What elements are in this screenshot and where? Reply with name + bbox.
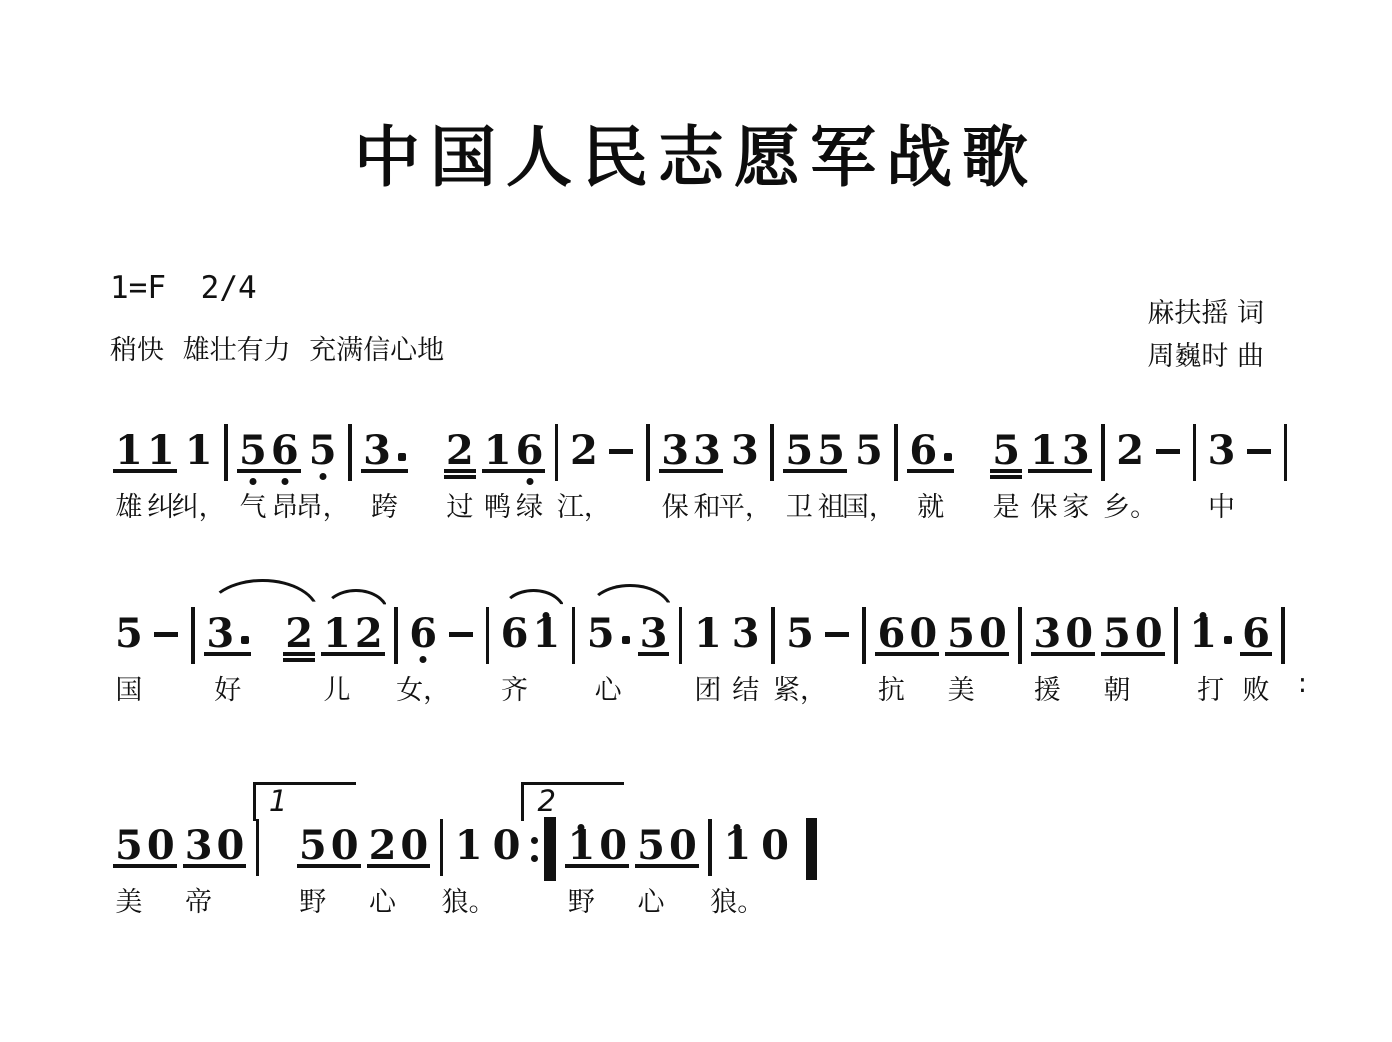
note-group: 5国: [113, 612, 145, 658]
note-group: 5美0: [945, 612, 1009, 658]
lyric: 鸭: [484, 485, 511, 524]
lyric: 帝: [185, 880, 212, 919]
lyric: 野: [299, 880, 326, 919]
lyric: 抗: [878, 668, 905, 707]
note: 6女，: [409, 612, 437, 658]
lyric: 紧，: [773, 668, 827, 707]
beam-underline: [1240, 652, 1272, 656]
note-digit: 0: [147, 824, 175, 868]
note-group: 6女，: [407, 612, 439, 658]
slur-arc: [206, 579, 319, 613]
barline: [394, 607, 398, 664]
note-group: 0: [759, 824, 791, 870]
lyric: 美: [115, 880, 142, 919]
beam-underline: [875, 652, 939, 656]
note-digit: 5: [637, 824, 665, 868]
note-group: 5心: [585, 612, 632, 658]
note: 3结: [732, 612, 760, 658]
augmentation-dot: [944, 453, 952, 461]
note: 1纠，: [185, 429, 213, 475]
note-group: 5野0: [297, 824, 361, 870]
note-group: 2心0: [367, 824, 431, 870]
barline: [191, 607, 195, 664]
note-group: 5是: [990, 429, 1022, 475]
note-group: 6抗0: [875, 612, 939, 658]
augmentation-dot: [241, 636, 249, 644]
note-digit: 3: [661, 429, 689, 473]
lyric: 乡。: [1103, 485, 1157, 524]
beam-underline: [945, 652, 1009, 656]
lyric: 江，: [557, 485, 611, 524]
slur-arc: [501, 589, 567, 613]
note-group: 1雄1纠: [113, 429, 177, 475]
spacer: [411, 429, 441, 475]
repeat-dots: [531, 837, 538, 862]
note-digit: 1: [694, 612, 722, 656]
beam-underline: [367, 864, 431, 868]
barline: [771, 607, 775, 664]
note-digit: 5: [855, 429, 883, 473]
lyric: 国，: [842, 485, 896, 524]
beam-underline: [183, 864, 247, 868]
beam-underline: [321, 652, 385, 656]
octave-dot-high: [543, 612, 550, 619]
note-digit: 5: [786, 612, 814, 656]
lyric: 祖: [818, 485, 845, 524]
barline: [348, 424, 352, 481]
spacer: [254, 612, 280, 658]
lyric: 齐: [501, 668, 528, 707]
note-digit: 2: [570, 429, 598, 473]
beam-underline: [113, 864, 177, 868]
note: 5昂，: [309, 429, 337, 475]
lyric: 心: [595, 668, 622, 707]
note-group: 2乡。: [1114, 429, 1146, 475]
barline: [572, 607, 576, 664]
lyric: 保: [662, 485, 689, 524]
beam-underline: [565, 864, 629, 868]
note-digit: 5: [115, 612, 143, 656]
beam-underline: [482, 469, 546, 473]
lyric: 援: [1034, 668, 1061, 707]
note-digit: 0: [1135, 612, 1163, 656]
final-barline: [806, 818, 817, 880]
note-group: 3好: [204, 612, 251, 658]
lyric: 昂: [271, 485, 298, 524]
note-digit: 1: [185, 429, 213, 473]
repeat-dot: [531, 837, 538, 844]
note-group: 2: [283, 612, 315, 658]
lyric: 结: [732, 668, 759, 707]
note-digit: 2: [1116, 429, 1144, 473]
note-group: 5卫5祖: [783, 429, 847, 475]
note: 0: [761, 824, 789, 870]
note-digit: 5: [992, 429, 1020, 473]
note-digit: 3: [731, 429, 759, 473]
barline: [1101, 424, 1105, 481]
lyric: 好: [214, 668, 241, 707]
note-digit: 3: [1208, 429, 1236, 473]
sheet-music-page: 中国人民志愿军战歌 1=F 2/4 稍快 雄壮有力 充满信心地 麻扶摇 词 周巍…: [0, 0, 1392, 1042]
beam-underline: [659, 469, 723, 473]
beam-underline: [783, 469, 847, 473]
note-group: 1保3家: [1028, 429, 1092, 475]
note-group: 6败: [1240, 612, 1272, 658]
key-time-signature: 1=F 2/4: [110, 270, 257, 306]
note-digit: 5: [947, 612, 975, 656]
note-digit: 6: [909, 429, 937, 473]
lyric: 野: [568, 880, 595, 919]
note: 1团: [694, 612, 722, 658]
lyric: 纠: [147, 485, 174, 524]
beam-underline: [297, 864, 361, 868]
slur-arc: [587, 584, 674, 613]
barline: [894, 424, 898, 481]
lyric: 卫: [786, 485, 813, 524]
note-group: 5紧，: [784, 612, 816, 658]
note-digit: 1: [532, 612, 560, 656]
beam-underline: [1101, 652, 1165, 656]
octave-dot-low: [526, 478, 533, 485]
note-group: 6齐1: [499, 612, 563, 658]
lyric: 国: [115, 668, 142, 707]
octave-dot-high: [734, 824, 741, 831]
note-group: 0: [491, 824, 523, 870]
lyric: 心: [369, 880, 396, 919]
note: 2乡。: [1116, 429, 1144, 475]
note-group: 1儿2: [321, 612, 385, 658]
note-digit: 2: [369, 824, 397, 868]
lyric: 心: [638, 880, 665, 919]
barline: [486, 607, 490, 664]
note-digit: 0: [217, 824, 245, 868]
beam-underline: [638, 652, 670, 656]
augmentation-dot: [398, 453, 406, 461]
note-digit: 3: [206, 612, 234, 656]
beam-underline: [283, 652, 315, 656]
note-digit: 0: [669, 824, 697, 868]
note-digit: 1: [115, 429, 143, 473]
note-digit: 5: [299, 824, 327, 868]
lyric: 打: [1197, 668, 1224, 707]
barline: [679, 607, 683, 664]
barline: [1018, 607, 1022, 664]
barline: [770, 424, 774, 481]
note-digit: 3: [732, 612, 760, 656]
note-digit: 5: [587, 612, 615, 656]
beam-underline: [444, 469, 476, 473]
note-digit: 6: [501, 612, 529, 656]
lyric: 败: [1242, 668, 1269, 707]
note-digit: 0: [599, 824, 627, 868]
note-digit: 1: [455, 824, 483, 868]
note-group: 3平，: [729, 429, 761, 475]
note-digit: 6: [877, 612, 905, 656]
note-digit: 5: [785, 429, 813, 473]
note-digit: 3: [363, 429, 391, 473]
lyric: 纠，: [172, 485, 226, 524]
note-group: 5昂，: [307, 429, 339, 475]
note-digit: 0: [909, 612, 937, 656]
lyric: 是: [993, 485, 1020, 524]
lyric: 家: [1062, 485, 1089, 524]
note-digit: 3: [185, 824, 213, 868]
volta-bracket: 1: [253, 782, 356, 821]
note-group: 2江，: [568, 429, 600, 475]
repeat-end-sign: [531, 817, 556, 881]
octave-dot-low: [281, 478, 288, 485]
note-digit: 3: [693, 429, 721, 473]
octave-dot-low: [249, 478, 256, 485]
barline: [224, 424, 228, 481]
note-digit: 5: [115, 824, 143, 868]
note-digit: 6: [271, 429, 299, 473]
note-group: 5气6昂: [237, 429, 301, 475]
beam-underline: [1031, 652, 1095, 656]
beam-underline: [237, 469, 301, 473]
note-group: 1团: [692, 612, 724, 658]
slur-arc: [323, 589, 389, 613]
note-group: 1野0: [565, 824, 629, 870]
note-digit: 5: [817, 429, 845, 473]
beam-underline: [204, 652, 251, 656]
lyric: 雄: [115, 485, 142, 524]
volta-number: 1: [256, 785, 356, 817]
note-group: 3结: [730, 612, 762, 658]
lyric: :: [1298, 668, 1307, 699]
beam-underline: [361, 469, 408, 473]
song-title: 中国人民志愿军战歌: [0, 104, 1392, 199]
barline: [1284, 424, 1288, 481]
beam-underline: [1028, 469, 1092, 473]
repeat-dot: [531, 855, 538, 862]
note-group: 3援0: [1031, 612, 1095, 658]
duration-dash: [609, 449, 633, 454]
beam-underline: [283, 658, 315, 662]
repeat-thick-bar: [544, 817, 556, 881]
note-digit: 0: [493, 824, 521, 868]
beam-underline: [907, 469, 954, 473]
beam-underline: [635, 864, 699, 868]
note-digit: 1: [1030, 429, 1058, 473]
note-digit: 1: [1189, 612, 1217, 656]
lyric: 昂，: [296, 485, 350, 524]
note: 5国，: [855, 429, 883, 475]
note: 5心: [587, 612, 630, 658]
octave-dot-low: [319, 473, 326, 480]
note: 2江，: [570, 429, 598, 475]
note-digit: 5: [239, 429, 267, 473]
beam-underline: [113, 469, 177, 473]
note-digit: 1: [484, 429, 512, 473]
lyric: 女，: [396, 668, 450, 707]
note-digit: 1: [567, 824, 595, 868]
note-digit: 0: [1065, 612, 1093, 656]
note-group: 5国，: [853, 429, 885, 475]
note-digit: 2: [355, 612, 383, 656]
lyric: 儿: [323, 668, 350, 707]
note-digit: 1: [147, 429, 175, 473]
barline: [862, 607, 866, 664]
note-digit: 1: [723, 824, 751, 868]
lyric: 气: [239, 485, 266, 524]
octave-dot-high: [578, 824, 585, 831]
lyric: 过: [446, 485, 473, 524]
note: 5国: [115, 612, 143, 658]
barline: [256, 819, 260, 876]
note: 3中: [1208, 429, 1236, 475]
octave-dot-low: [420, 656, 427, 663]
barline: [1174, 607, 1178, 664]
note-digit: 5: [1103, 612, 1131, 656]
note-group: 1鸭6绿: [482, 429, 546, 475]
volta-number: 2: [524, 785, 624, 817]
note: 1狼。: [723, 824, 751, 870]
lyric: 狼。: [710, 880, 764, 919]
note-digit: 3: [640, 612, 668, 656]
note-group: 3中: [1206, 429, 1238, 475]
spacer: [957, 429, 987, 475]
note-group: 5心0: [635, 824, 699, 870]
note-group: 3帝0: [183, 824, 247, 870]
beam-underline: [990, 475, 1022, 479]
score-line-2: 5国3好21儿26女，6齐15心31团3结5紧，6抗05美03援05朝01打6败…: [110, 612, 1313, 658]
volta-bracket: 2: [521, 782, 624, 821]
note-digit: 6: [409, 612, 437, 656]
note-group: 3跨: [361, 429, 408, 475]
lyric: 中: [1208, 485, 1235, 524]
lyric: 美: [948, 668, 975, 707]
note-digit: 0: [400, 824, 428, 868]
note-digit: 3: [1033, 612, 1061, 656]
spacer: :: [1291, 612, 1313, 658]
barline: [1193, 424, 1197, 481]
lyric: 狼。: [442, 880, 496, 919]
note-group: 5朝0: [1101, 612, 1165, 658]
note: 1: [532, 612, 560, 658]
note-digit: 1: [323, 612, 351, 656]
note-digit: 5: [309, 429, 337, 473]
note-group: 1打: [1187, 612, 1234, 658]
lyric: 绿: [516, 485, 543, 524]
lyric: 就: [917, 485, 944, 524]
note-digit: 6: [516, 429, 544, 473]
duration-dash: [1156, 449, 1180, 454]
note-digit: 6: [1242, 612, 1270, 656]
note-group: 2过: [444, 429, 476, 475]
duration-dash: [449, 632, 473, 637]
augmentation-dot: [1224, 636, 1232, 644]
note: 1打: [1189, 612, 1232, 658]
note-group: 6就: [907, 429, 954, 475]
note: 1狼。: [455, 824, 483, 870]
lyric: 团: [694, 668, 721, 707]
note-group: 1纠，: [183, 429, 215, 475]
lyric: 朝: [1103, 668, 1130, 707]
lyric: 保: [1030, 485, 1057, 524]
note-digit: 0: [979, 612, 1007, 656]
beam-underline: [444, 475, 476, 479]
note: 5紧，: [786, 612, 814, 658]
score-line-3: 5美03帝05野02心01狼。01野05心01狼。012: [110, 824, 821, 870]
barline: [646, 424, 650, 481]
duration-dash: [825, 632, 849, 637]
note: 3平，: [731, 429, 759, 475]
beam-underline: [990, 469, 1022, 473]
note-digit: 3: [1062, 429, 1090, 473]
note-group: 1狼。: [453, 824, 485, 870]
note-group: 3保3和: [659, 429, 723, 475]
spacer: [266, 824, 294, 870]
lyric: 跨: [371, 485, 398, 524]
octave-dot-high: [1200, 612, 1207, 619]
barline: [1281, 607, 1285, 664]
note-group: 3: [638, 612, 670, 658]
credits: 麻扶摇 词 周巍时 曲: [1147, 292, 1264, 378]
barline: [555, 424, 559, 481]
lyric: 和: [694, 485, 721, 524]
note-digit: 2: [285, 612, 313, 656]
barline: [440, 819, 444, 876]
note-digit: 0: [761, 824, 789, 868]
lyric: 平，: [718, 485, 772, 524]
duration-dash: [154, 632, 178, 637]
credit-lyricist: 麻扶摇 词: [1147, 292, 1264, 335]
note-digit: 2: [446, 429, 474, 473]
note: 0: [493, 824, 521, 870]
note-group: 5美0: [113, 824, 177, 870]
duration-dash: [1247, 449, 1271, 454]
credit-composer: 周巍时 曲: [1147, 335, 1264, 378]
augmentation-dot: [622, 636, 630, 644]
note: 6齐: [501, 612, 529, 658]
tempo-expression-marking: 稍快 雄壮有力 充满信心地: [110, 328, 444, 367]
note-digit: 0: [331, 824, 359, 868]
barline: [708, 819, 712, 876]
score-line-1: 1雄1纠1纠，5气6昂5昂，3跨2过1鸭6绿2江，3保3和3平，5卫5祖5国，6…: [110, 429, 1294, 475]
note-group: 1狼。: [721, 824, 753, 870]
